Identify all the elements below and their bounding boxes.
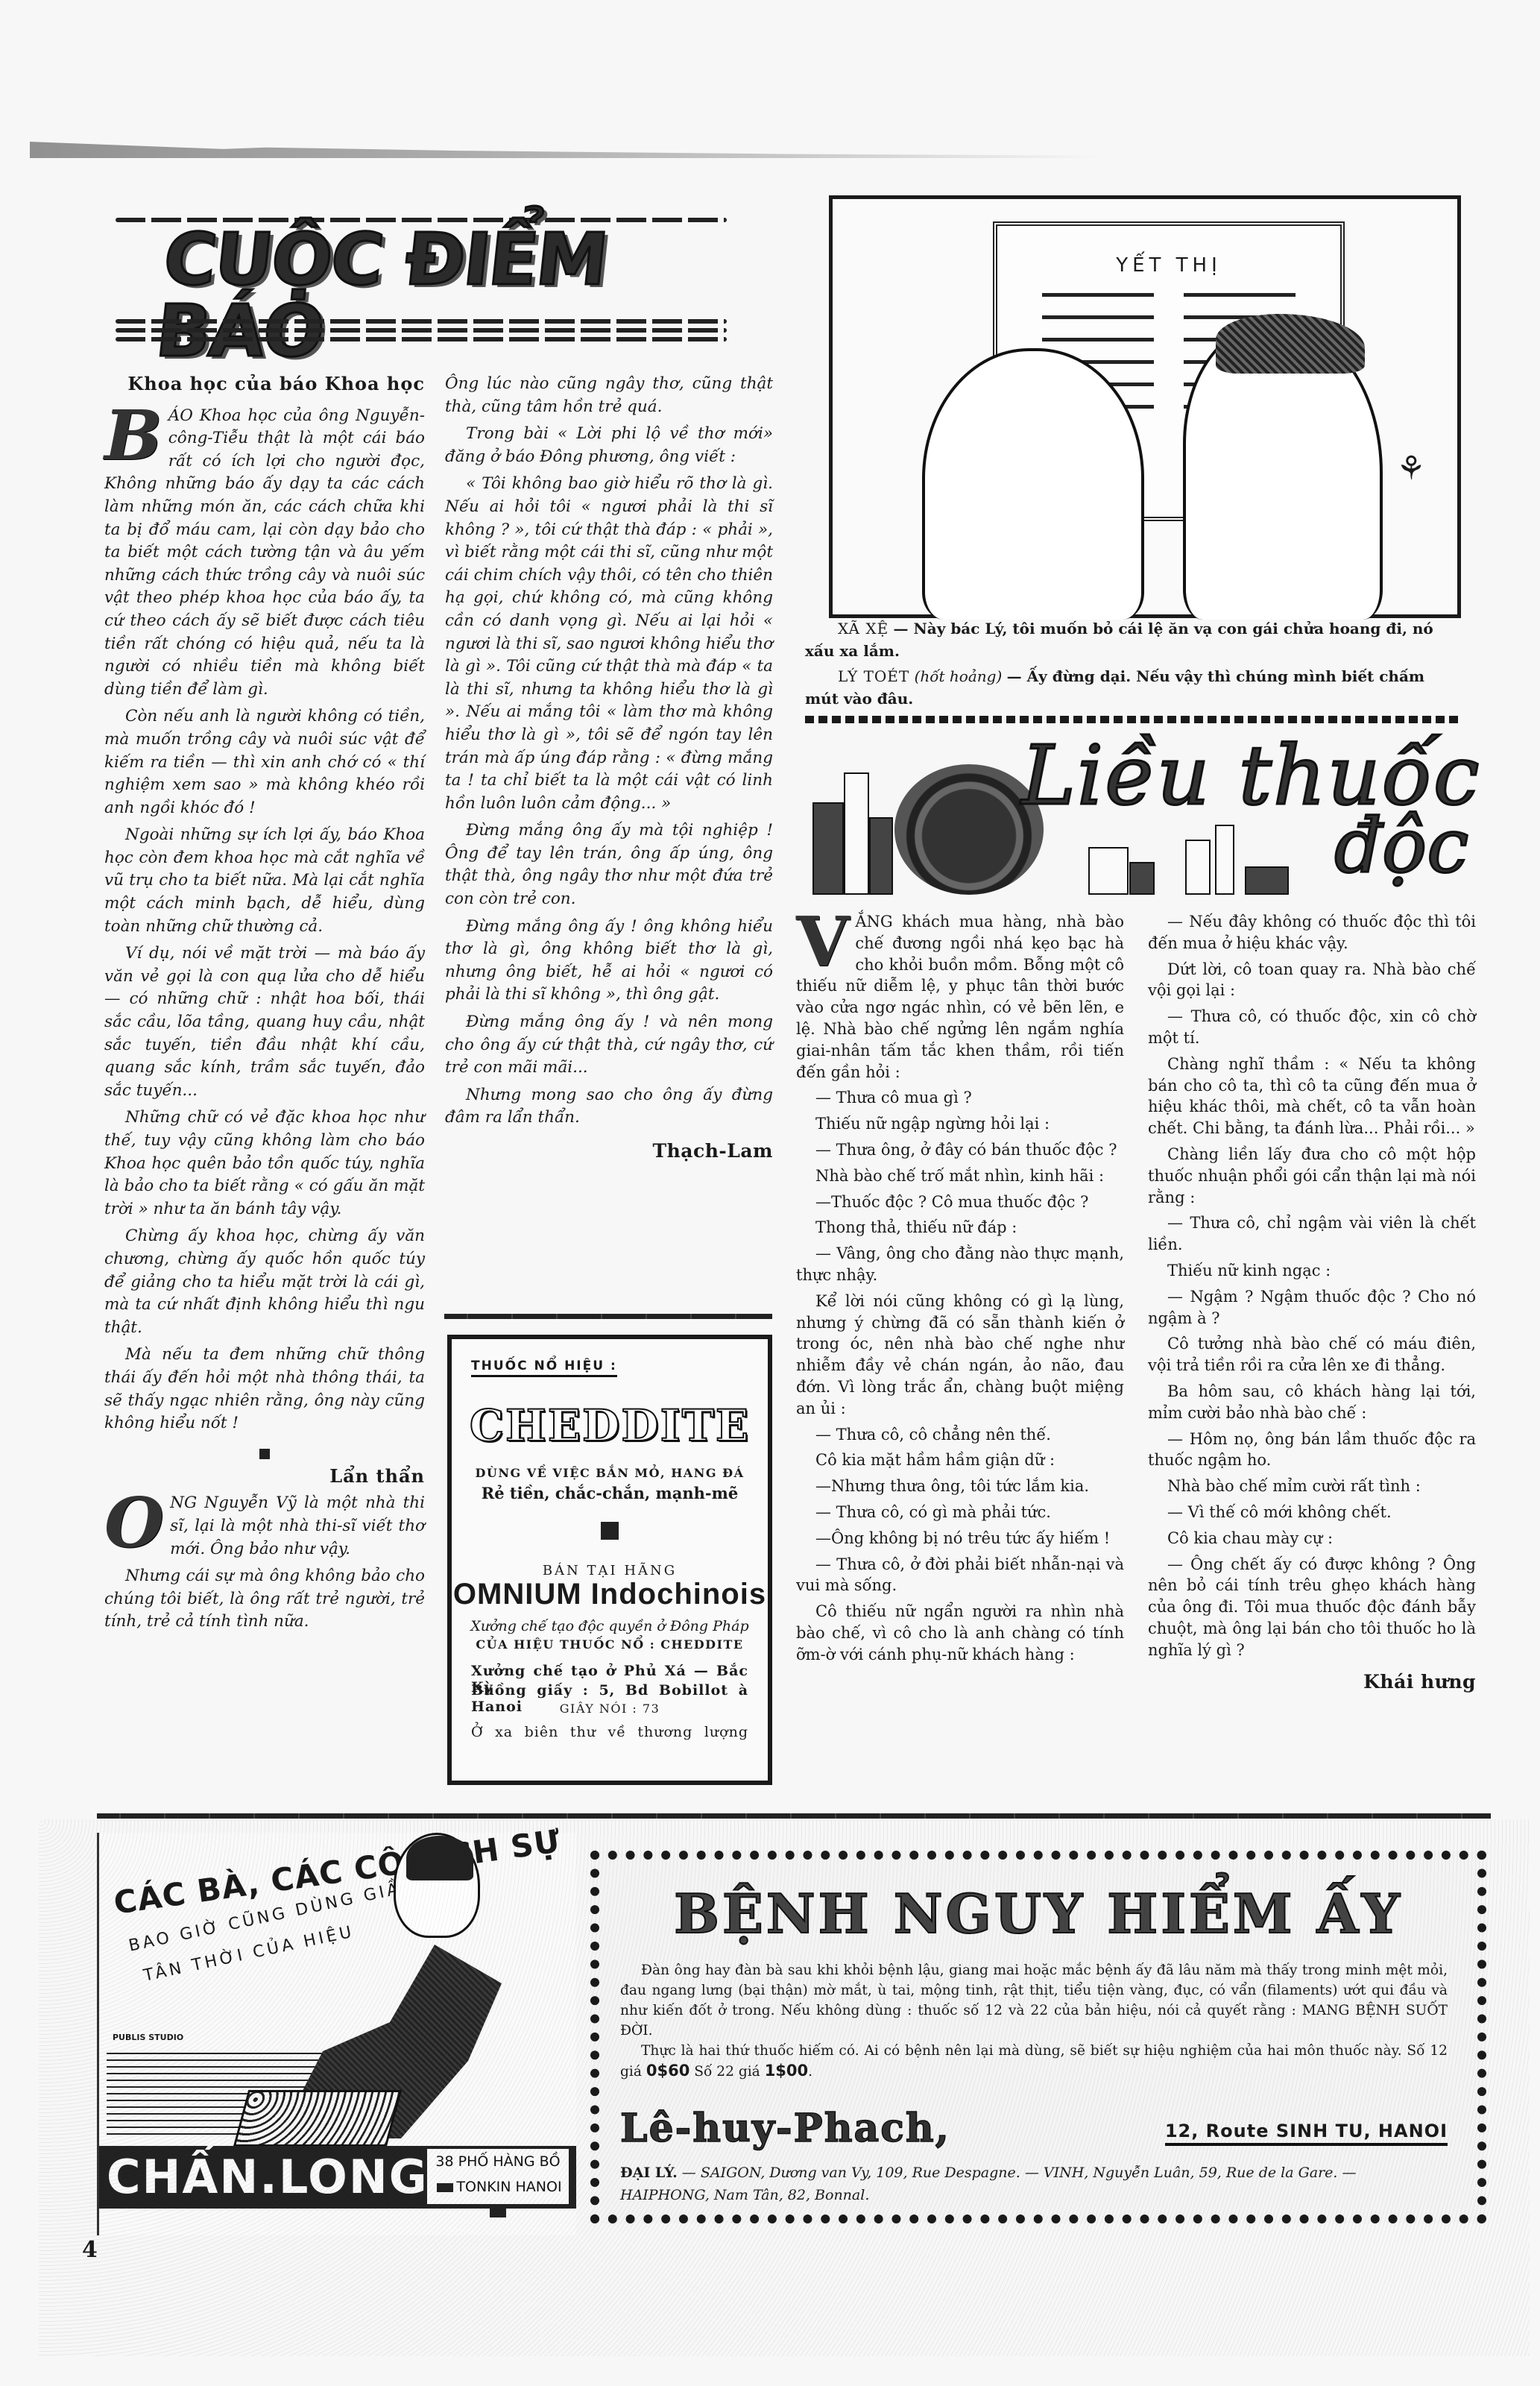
- article-paragraph: Dứt lời, cô toan quay ra. Nhà bào chế vộ…: [1148, 959, 1476, 1002]
- ad-emblem: [452, 1522, 768, 1540]
- article-paragraph: — Hôm nọ, ông bán lầm thuốc độc ra thuốc…: [1148, 1429, 1476, 1472]
- ad-agents: ĐẠI LÝ. — SAIGON, Dương van Vy, 109, Rue…: [620, 2162, 1448, 2206]
- caption-line-1: XÃ XỆ — Này bác Lý, tôi muốn bỏ cái lệ ă…: [805, 617, 1461, 662]
- dropcap: V: [796, 914, 849, 969]
- article-paragraph: Ba hôm sau, cô khách hàng lại tới, mỉm c…: [1148, 1381, 1476, 1424]
- ad-exclusive: Xưởng chế tạo độc quyền ở Đông Pháp: [452, 1618, 768, 1634]
- article-paragraph: — Nếu đây không có thuốc độc thì tôi đến…: [1148, 911, 1476, 954]
- ad-title: BỆNH NGUY HIỂM ẤY: [599, 1882, 1477, 1945]
- article-paragraph: —Nhưng thưa ông, tôi tức lắm kia.: [796, 1476, 1124, 1497]
- ad-address: 38 PHỐ HÀNG BỒ TONKIN HANOI: [427, 2149, 569, 2204]
- column-1: Khoa học của báo Khoa học BÁO Khoa học c…: [104, 373, 425, 1638]
- article-paragraph: Mà nếu ta đem những chữ thông thái ấy đế…: [104, 1344, 425, 1435]
- article-paragraph: — Thưa cô mua gì ?: [796, 1087, 1124, 1109]
- ad-of-brand: CỦA HIỆU THUỐC NỔ : CHEDDITE: [452, 1637, 768, 1652]
- ad-mail: Ở xa biên thư về thương lượng: [471, 1724, 748, 1740]
- article-paragraph: Chừng ấy khoa học, chừng ấy văn chương, …: [104, 1225, 425, 1339]
- article-paragraph: « Tôi không bao giờ hiểu rõ thơ là gì. N…: [445, 473, 773, 815]
- article-paragraph: Còn nếu anh là người không có tiền, mà m…: [104, 705, 425, 819]
- article-paragraph: Ví dụ, nói về mặt trời — mà báo ấy văn v…: [104, 942, 425, 1102]
- ad-paragraph: Thực là hai thứ thuốc hiếm có. Ai có bện…: [620, 2041, 1448, 2082]
- wave-line: [116, 337, 727, 341]
- ad-paragraph: Đàn ông hay đàn bà sau khi khỏi bệnh lậu…: [620, 1960, 1448, 2041]
- ad-brand: CHẤN.LONG: [107, 2150, 429, 2204]
- article-paragraph: Cô kia mặt hầm hầm giận dữ :: [796, 1449, 1124, 1471]
- article-header-illustration: Liều thuốc độc: [798, 734, 1483, 895]
- article-paragraph: Cô tưởng nhà bào chế có máu điên, vội tr…: [1148, 1333, 1476, 1376]
- article-paragraph: — Vâng, ông cho đằng nào thực mạnh, thực…: [796, 1243, 1124, 1286]
- article-paragraph: — Ông chết ấy có được không ? Ông nên bỏ…: [1148, 1554, 1476, 1661]
- price-12: 0$60: [646, 2062, 689, 2080]
- dotted-rule: [805, 716, 1461, 723]
- address-line: TONKIN HANOI: [427, 2174, 569, 2225]
- cushion-illustration: [233, 2090, 402, 2147]
- ad-seller-row: Lê-huy-Phach, 12, Route SINH TU, HANOI: [620, 2106, 1448, 2150]
- article-paragraph: Chàng liền lấy đưa cho cô một hộp thuốc …: [1148, 1144, 1476, 1208]
- price-22: 1$00: [765, 2062, 808, 2080]
- ad-chan-long: CÁC BÀ, CÁC CÔ LỊCH SỰ BAO GIỜ CŨNG DÙNG…: [97, 1833, 576, 2235]
- rule: [444, 1314, 772, 1319]
- article-paragraph: — Thưa cô, cô chẳng nên thế.: [796, 1424, 1124, 1446]
- ad-address: 12, Route SINH TU, HANOI: [1165, 2121, 1448, 2146]
- article-paragraph: Nhà bào chế trố mắt nhìn, kinh hãi :: [796, 1165, 1124, 1187]
- article-paragraph: — Ngậm ? Ngậm thuốc độc ? Cho nó ngậm à …: [1148, 1286, 1476, 1329]
- dropcap: O: [104, 1495, 164, 1550]
- ad-seller: Lê-huy-Phach,: [620, 2106, 950, 2151]
- wave-line: [116, 328, 727, 333]
- artist-seal-icon: ⚘: [1395, 453, 1427, 485]
- ad-body: Đàn ông hay đàn bà sau khi khỏi bệnh lậu…: [620, 1960, 1448, 2082]
- masthead-title: CUỘC ĐIỂM BÁO: [116, 194, 727, 350]
- print-smudge: [30, 142, 1103, 158]
- article-paragraph: Nhà bào chế mỉm cười rất tình :: [1148, 1476, 1476, 1497]
- emblem-icon: [601, 1522, 619, 1540]
- address-line: 38 PHỐ HÀNG BỒ: [427, 2149, 569, 2174]
- article-paragraph: Thiếu nữ ngập ngừng hỏi lại :: [796, 1113, 1124, 1135]
- article-paragraph: Những chữ có vẻ đặc khoa học như thế, tu…: [104, 1107, 425, 1221]
- article-paragraph: Đừng mắng ông ấy mà tội nghiệp ! Ông để …: [445, 819, 773, 910]
- article-paragraph: Cô thiếu nữ ngẩn người ra nhìn nhà bào c…: [796, 1601, 1124, 1665]
- column-3: VẮNG khách mua hàng, nhà bào chế đương n…: [796, 911, 1124, 1670]
- ad-benh-nguy-hiem: BỆNH NGUY HIỂM ẤY Đàn ông hay đàn bà sau…: [590, 1851, 1486, 2223]
- article-paragraph: Trong bài « Lời phi lộ về thơ mới» đăng …: [445, 423, 773, 468]
- ad-use: DÙNG VỀ VIỆC BẮN MỎ, HANG ĐÁ: [452, 1466, 768, 1480]
- ad-company: OMNIUM Indochinois: [452, 1578, 768, 1611]
- column-4: — Nếu đây không có thuốc độc thì tôi đến…: [1148, 911, 1476, 1693]
- article-paragraph: — Thưa ông, ở đây có bán thuốc độc ?: [796, 1139, 1124, 1161]
- byline: Thạch-Lam: [445, 1140, 773, 1163]
- ad-phone: GIÂY NÓI : 73: [452, 1702, 768, 1716]
- rule: [97, 1813, 1491, 1819]
- article-paragraph: Ngoài những sự ích lợi ấy, báo Khoa học …: [104, 824, 425, 938]
- caption-line-2: LÝ TOÉT (hốt hoảng) — Ấy đừng dại. Nếu v…: [805, 665, 1461, 710]
- article-paragraph: Nhưng mong sao cho ông ấy đừng đâm ra lẩ…: [445, 1084, 773, 1130]
- page-number: 4: [82, 2237, 98, 2263]
- article-paragraph: ONG Nguyễn Vỹ là một nhà thi sĩ, lại là …: [104, 1492, 425, 1561]
- article-paragraph: Ông lúc nào cũng ngây thơ, cũng thật thà…: [445, 373, 773, 418]
- article-paragraph: —Thuốc độc ? Cô mua thuốc độc ?: [796, 1192, 1124, 1213]
- masthead-title-text: CUỘC ĐIỂM BÁO: [153, 224, 734, 367]
- article-paragraph: Thong thả, thiếu nữ đáp :: [796, 1217, 1124, 1238]
- article-paragraph: VẮNG khách mua hàng, nhà bào chế đương n…: [796, 911, 1124, 1083]
- article-paragraph: — Thưa cô, có thuốc độc, xin cô chờ một …: [1148, 1006, 1476, 1049]
- character-ly-toet: [1183, 326, 1383, 620]
- ad-slogan: Rẻ tiền, chắc-chắn, mạnh-mẽ: [452, 1484, 768, 1502]
- article-paragraph: BÁO Khoa học của ông Nguyễn-công-Tiễu th…: [104, 405, 425, 702]
- notice-board-title: YẾT THỊ: [997, 254, 1340, 277]
- lady-hair-illustration: [406, 1836, 473, 1880]
- article-paragraph: Đừng mắng ông ấy ! ông không hiểu thơ là…: [445, 916, 773, 1007]
- article-paragraph: —Ông không bị nó trêu tức ấy hiếm !: [796, 1528, 1124, 1549]
- article-paragraph: Kể lời nói cũng không có gì lạ lùng, như…: [796, 1291, 1124, 1420]
- byline: Khái hưng: [1148, 1672, 1476, 1693]
- article-paragraph: Nhưng cái sự mà ông không bảo cho chúng …: [104, 1565, 425, 1634]
- article-paragraph: Cô kia chau mày cự :: [1148, 1528, 1476, 1549]
- ad-cheddite: THUỐC NỔ HIỆU : CHEDDITE DÙNG VỀ VIỆC BẮ…: [447, 1335, 772, 1785]
- article-paragraph: — Thưa cô, có gì mà phải tức.: [796, 1502, 1124, 1523]
- wave-line: [116, 319, 727, 324]
- article-title-line2: độc: [1334, 809, 1468, 884]
- cartoon-caption: XÃ XỆ — Này bác Lý, tôi muốn bỏ cái lệ ă…: [805, 617, 1461, 710]
- ad-label: THUỐC NỔ HIỆU :: [471, 1359, 617, 1377]
- article-paragraph: Thiếu nữ kinh ngạc :: [1148, 1260, 1476, 1282]
- ad-sold-at: BÁN TẠI HÃNG: [452, 1563, 768, 1578]
- article-paragraph: — Vì thế cô mới không chết.: [1148, 1502, 1476, 1523]
- article-paragraph: — Thưa cô, chỉ ngậm vài viên là chết liề…: [1148, 1212, 1476, 1256]
- column-2: Ông lúc nào cũng ngây thơ, cũng thật thà…: [445, 373, 773, 1163]
- article-paragraph: Chàng nghĩ thầm : « Nếu ta không bán cho…: [1148, 1054, 1476, 1139]
- article-paragraph: Đừng mắng ông ấy ! và nên mong cho ông ấ…: [445, 1011, 773, 1080]
- dropcap: B: [104, 408, 162, 463]
- character-xa-xe: [922, 348, 1144, 620]
- article-paragraph: — Thưa cô, ở đời phải biết nhẫn-nại và v…: [796, 1554, 1124, 1597]
- ad-studio: PUBLIS STUDIO: [113, 2033, 183, 2043]
- article-heading: Khoa học của báo Khoa học: [104, 373, 425, 396]
- ad-banner: CHẤN.LONG 38 PHỐ HÀNG BỒ TONKIN HANOI: [99, 2146, 576, 2209]
- cartoon-illustration: YẾT THỊ ⚘: [829, 195, 1461, 618]
- ad-brand: CHEDDITE: [452, 1400, 768, 1451]
- section-separator: [259, 1449, 270, 1459]
